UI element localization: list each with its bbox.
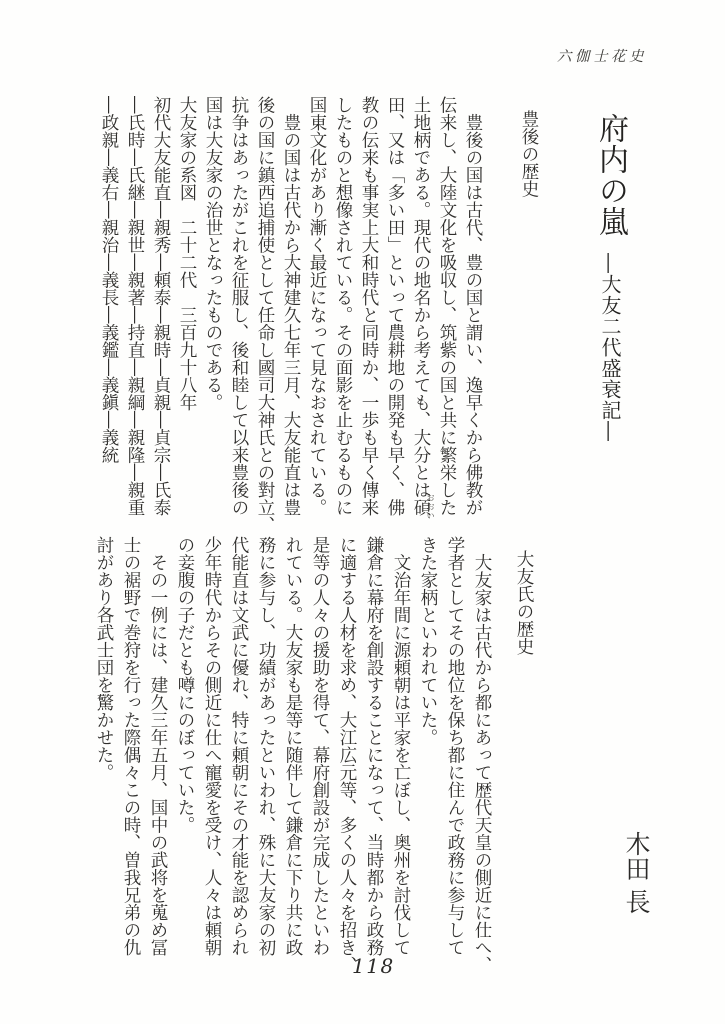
- section-otomo-history: 大友氏の歴史 大友家は古代から都にあって歴代天皇の側近に仕へ、 学者としてその地…: [90, 536, 537, 994]
- paragraph: 豊の国は古代から大神建久七年三月、大友能直は豊 後の国に鎮西追捕使として任命し國…: [200, 96, 304, 558]
- furigana-annotation: おおい: [425, 493, 434, 520]
- book-page: 六伽士花史 府内の嵐―大友二代盛衰記― 木田 長 豊後の歴史 豊後の国は古代、豊…: [0, 0, 725, 1024]
- genealogy-chart: 初代大友能直―親秀―頼泰―親時―貞親―貞宗―氏泰 ―氏時―氏継―親世―親著―持直…: [96, 96, 174, 558]
- paragraph: その一例には、建久三年五月、国中の武将を蒐め冨 士の裾野で巻狩を行った際偶々この…: [90, 536, 171, 994]
- page-number: 118: [352, 954, 395, 978]
- section-bungo-history: 豊後の歴史 豊後の国は古代、豊の国と謂い、逸早くから佛教が 伝来し、大陸文化を吸…: [96, 96, 542, 558]
- section-heading-otomo: 大友氏の歴史: [510, 536, 537, 994]
- paragraph: 豊後の国は古代、豊の国と謂い、逸早くから佛教が 伝来し、大陸文化を吸収し、筑紫の…: [304, 96, 486, 558]
- author-name: 木田 長: [624, 831, 649, 914]
- title-main: 府内の嵐: [593, 113, 628, 237]
- paragraph: 文治年間に源頼朝は平家を亡ぼし、奥州を討伐して 鎌倉に幕府を創設することになって…: [171, 536, 414, 994]
- paragraph: 大友家は古代から都にあって歴代天皇の側近に仕へ、 学者としてその地位を保ち都に住…: [414, 536, 495, 994]
- book-title: 府内の嵐―大友二代盛衰記―: [595, 113, 625, 442]
- running-head: 六伽士花史: [557, 45, 647, 66]
- title-subtitle: ―大友二代盛衰記―: [598, 253, 622, 442]
- genealogy-title: 大友家の系図 二十二代 三百九十八年: [174, 96, 200, 558]
- section-heading-bungo: 豊後の歴史: [516, 96, 542, 558]
